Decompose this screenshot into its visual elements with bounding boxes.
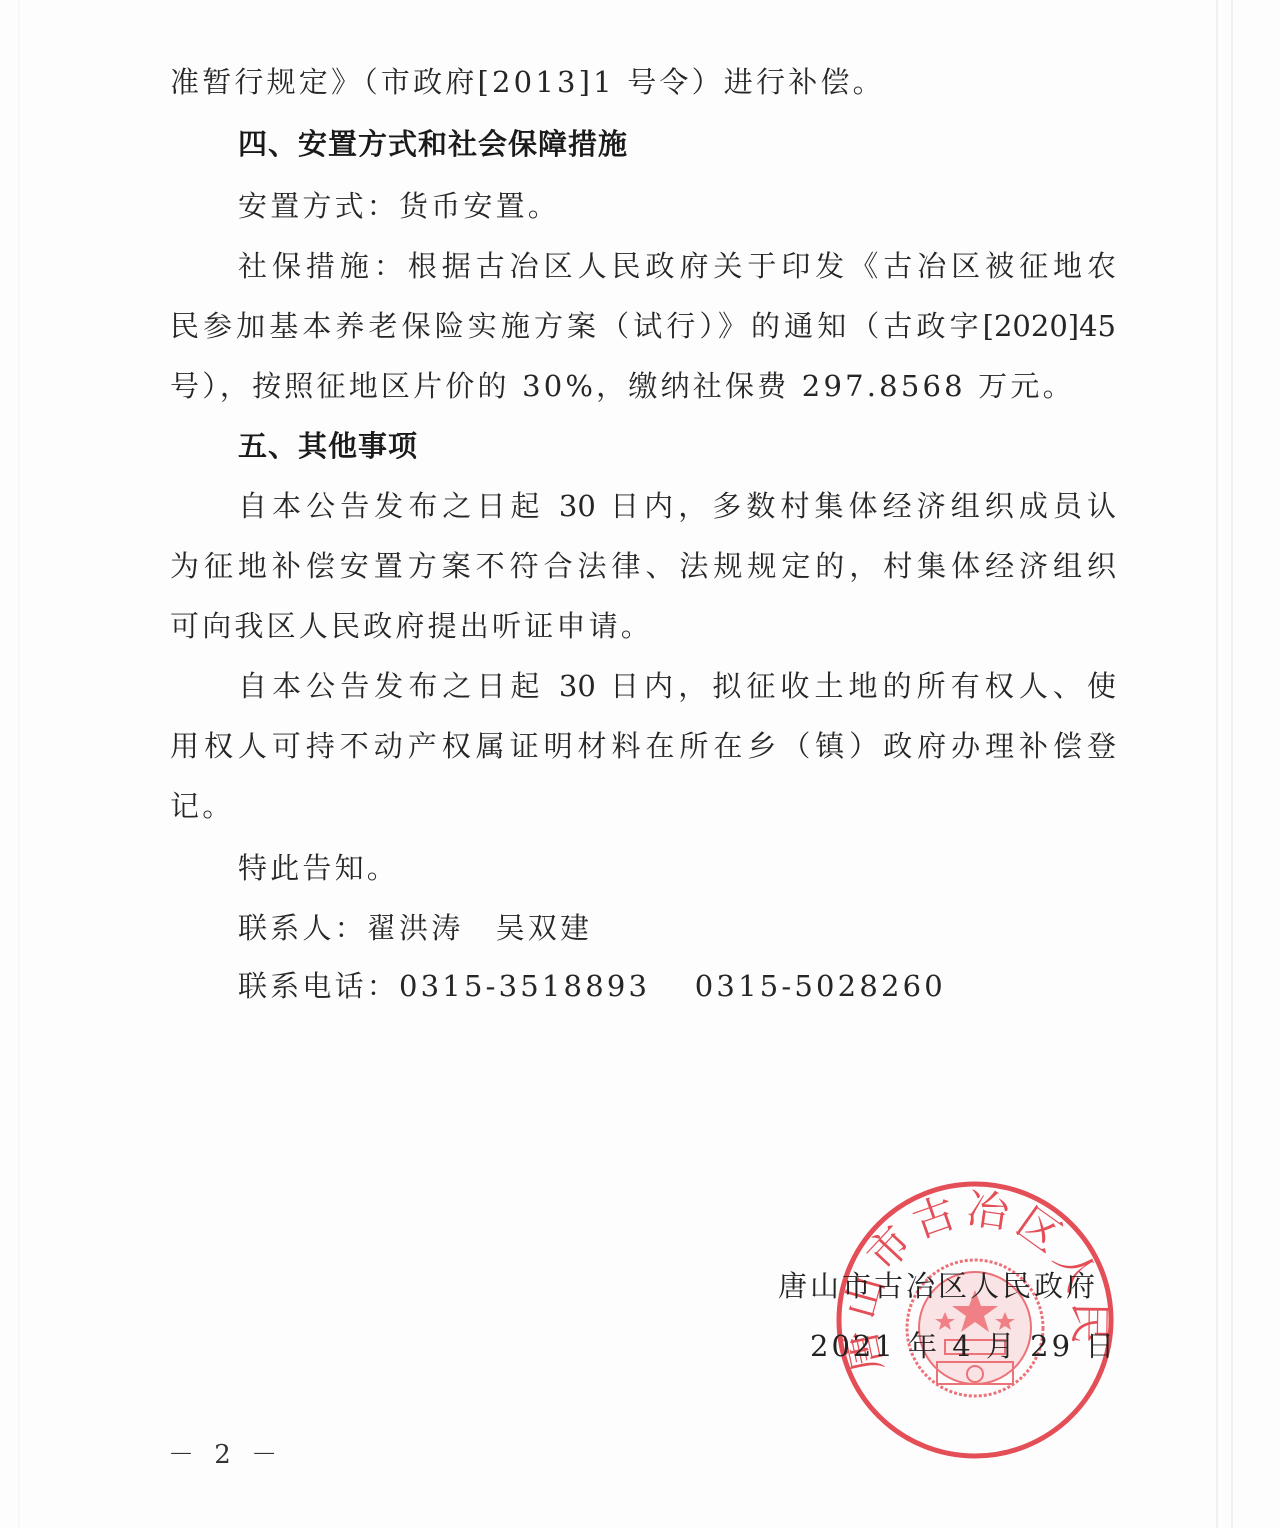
hearing-paragraph-line-3: 可向我区人民政府提出听证申请。 — [170, 606, 653, 646]
section-5-heading: 五、其他事项 — [238, 426, 418, 466]
contact-people: 联系人：翟洪涛 吴双建 — [238, 908, 592, 948]
scan-edge-right — [1216, 0, 1218, 1528]
document-page: 准暂行规定》（市政府[2013]1 号令）进行补偿。 四、安置方式和社会保障措施… — [0, 0, 1280, 1528]
hearing-paragraph-line-2: 为征地补偿安置方案不符合法律、法规规定的，村集体经济组织 — [170, 546, 1116, 586]
continuation-line: 准暂行规定》（市政府[2013]1 号令）进行补偿。 — [170, 62, 885, 102]
social-security-line-2: 民参加基本养老保险实施方案（试行）》的通知（古政字[2020]45 — [170, 306, 1116, 346]
issuer-name: 唐山市古冶区人民政府 — [778, 1266, 1098, 1306]
scan-edge-right-outer — [1231, 0, 1233, 1528]
issue-date: 2021 年 4 月 29 日 — [810, 1326, 1117, 1366]
registration-paragraph-line-3: 记。 — [170, 786, 234, 826]
social-security-line-1: 社保措施：根据古冶区人民政府关于印发《古冶区被征地农 — [238, 246, 1116, 286]
contact-phone: 联系电话：0315-3518893 0315-5028260 — [238, 966, 946, 1006]
registration-paragraph-line-1: 自本公告发布之日起 30 日内，拟征收土地的所有权人、使 — [238, 666, 1116, 706]
closing-text: 特此告知。 — [238, 848, 399, 888]
official-seal-icon: 唐山市古冶区人民政府 — [833, 1178, 1117, 1462]
social-security-line-3: 号），按照征地区片价的 30%，缴纳社保费 297.8568 万元。 — [170, 366, 1075, 406]
resettlement-method: 安置方式：货币安置。 — [238, 186, 560, 226]
page-number: － 2 － — [168, 1434, 283, 1471]
hearing-paragraph-line-1: 自本公告发布之日起 30 日内，多数村集体经济组织成员认 — [238, 486, 1116, 526]
scan-edge-left — [18, 0, 20, 1528]
section-4-heading: 四、安置方式和社会保障措施 — [238, 124, 628, 164]
registration-paragraph-line-2: 用权人可持不动产权属证明材料在所在乡（镇）政府办理补偿登 — [170, 726, 1116, 766]
